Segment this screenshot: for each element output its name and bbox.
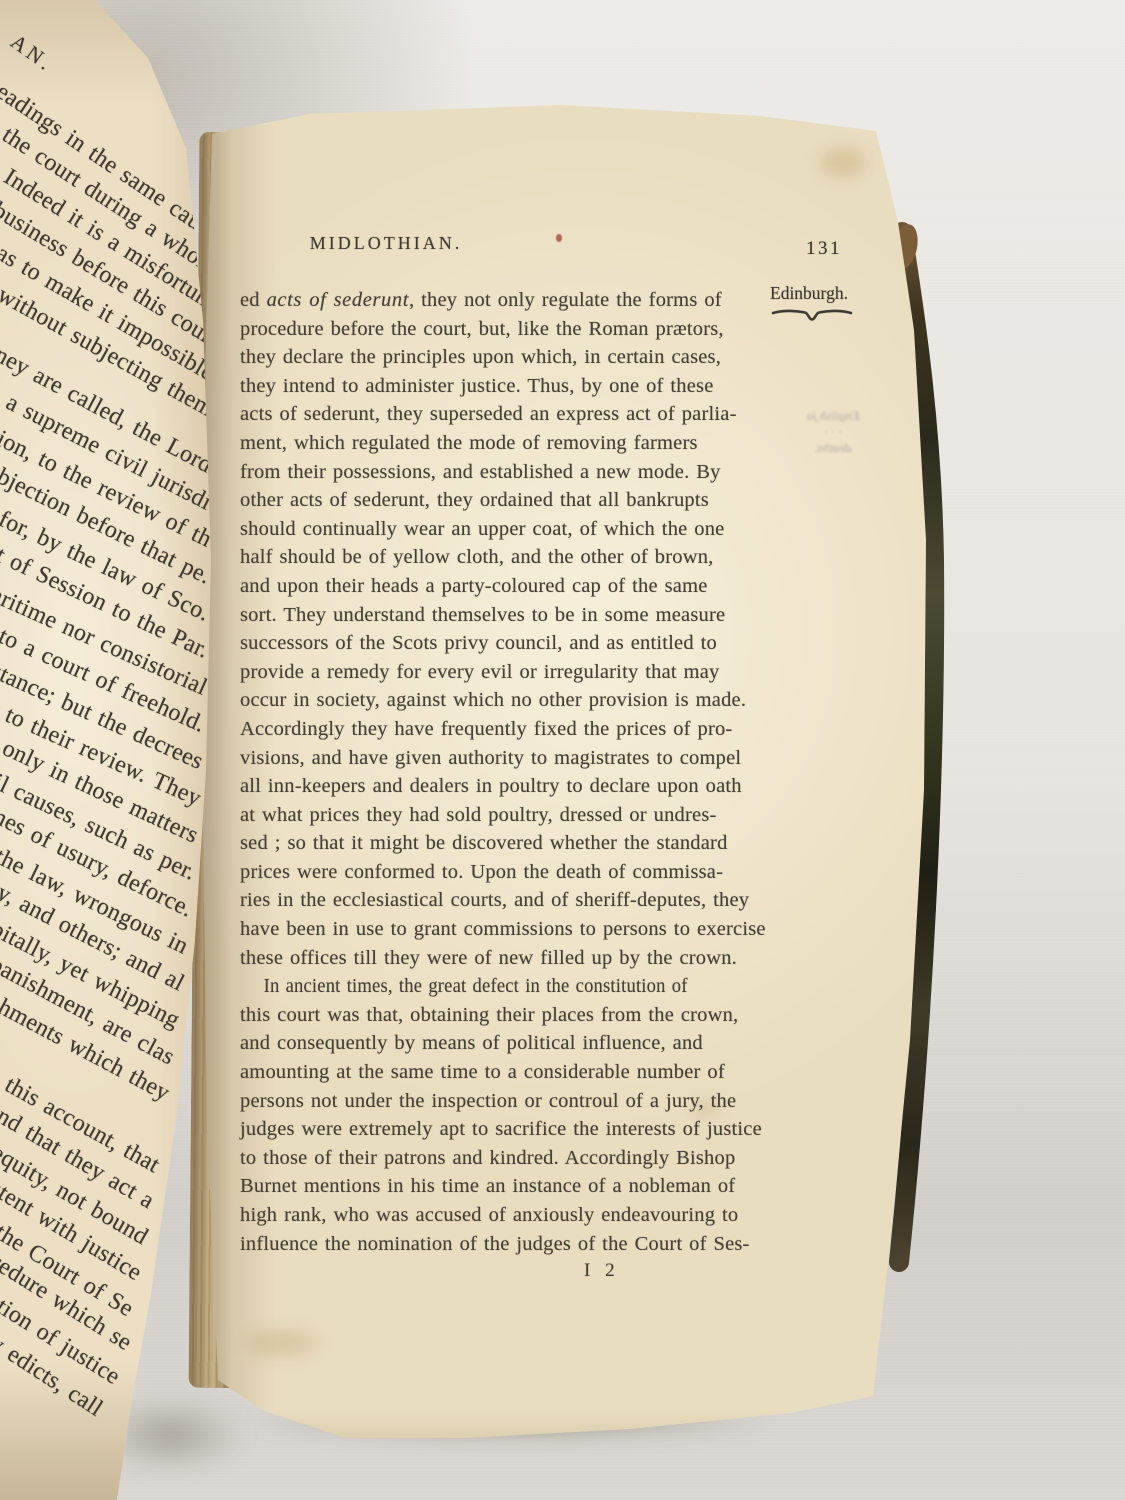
text-line: they declare the principles upon which, … (240, 343, 770, 372)
text-line: In ancient times, the great defect in th… (240, 972, 744, 1001)
text-line: influence the nomination of the judges o… (240, 1230, 770, 1259)
text-line: half should be of yellow cloth, and the … (240, 543, 770, 572)
text-line: Accordingly they have frequently fixed t… (240, 715, 770, 744)
page-number: 131 (806, 238, 842, 260)
text-line: should continually wear an upper coat, o… (240, 515, 770, 544)
open-book-photograph: MIDLOTHIAN. 131 Edinburgh. English ja· ·… (0, 0, 1125, 1500)
text-line: all inn-keepers and dealers in poultry t… (240, 772, 770, 801)
text-line: from their possessions, and established … (240, 458, 770, 487)
text-line: acts of sederunt, they superseded an exp… (240, 400, 770, 429)
text-line: and upon their heads a party-coloured ca… (240, 572, 770, 601)
text-line: persons not under the inspection or cont… (240, 1087, 770, 1116)
margin-note: Edinburgh. (770, 283, 848, 304)
right-page-body: ed acts of sederunt, they not only regul… (240, 286, 770, 1258)
foxing-spot (820, 148, 866, 178)
show-through-line: deaths. (796, 440, 870, 456)
text-line: Burnet mentions in his time an instance … (240, 1172, 770, 1201)
text-line: and consequently by means of political i… (240, 1029, 770, 1058)
foxing-spot (246, 1330, 316, 1356)
margin-note-brace (771, 306, 855, 326)
text-line: high rank, who was accused of anxiously … (240, 1201, 770, 1230)
show-through-text: English ja· · ·deaths. (796, 408, 870, 456)
show-through-line: English ja (796, 408, 870, 424)
text-line: have been in use to grant commissions to… (240, 915, 770, 944)
text-line: amounting at the same time to a consider… (240, 1058, 770, 1087)
text-line: other acts of sederunt, they ordained th… (240, 486, 770, 515)
text-line: these offices till they were of new fill… (240, 944, 770, 973)
text-line: provide a remedy for every evil or irreg… (240, 658, 770, 687)
show-through-line: · · · (796, 424, 870, 440)
text-line: they intend to administer justice. Thus,… (240, 372, 770, 401)
text-line: sed ; so that it might be discovered whe… (240, 829, 770, 858)
text-line: ment, which regulated the mode of removi… (240, 429, 770, 458)
text-line: visions, and have given authority to mag… (240, 744, 770, 773)
signature-mark: I 2 (584, 1260, 620, 1282)
foxing-spot (556, 234, 562, 242)
text-line: ed acts of sederunt, they not only regul… (240, 286, 770, 315)
running-head: MIDLOTHIAN. (300, 233, 472, 254)
text-line: to those of their patrons and kindred. A… (240, 1144, 770, 1173)
text-line: occur in society, against which no other… (240, 686, 770, 715)
text-line: prices were conformed to. Upon the death… (240, 858, 770, 887)
text-line: procedure before the court, but, like th… (240, 315, 770, 344)
text-line: sort. They understand themselves to be i… (240, 601, 770, 630)
text-line: this court was that, obtaining their pla… (240, 1001, 770, 1030)
text-line: successors of the Scots privy council, a… (240, 629, 770, 658)
text-line: judges were extremely apt to sacrifice t… (240, 1115, 770, 1144)
text-line: at what prices they had sold poultry, dr… (240, 801, 770, 830)
text-line: ries in the ecclesiastical courts, and o… (240, 886, 770, 915)
